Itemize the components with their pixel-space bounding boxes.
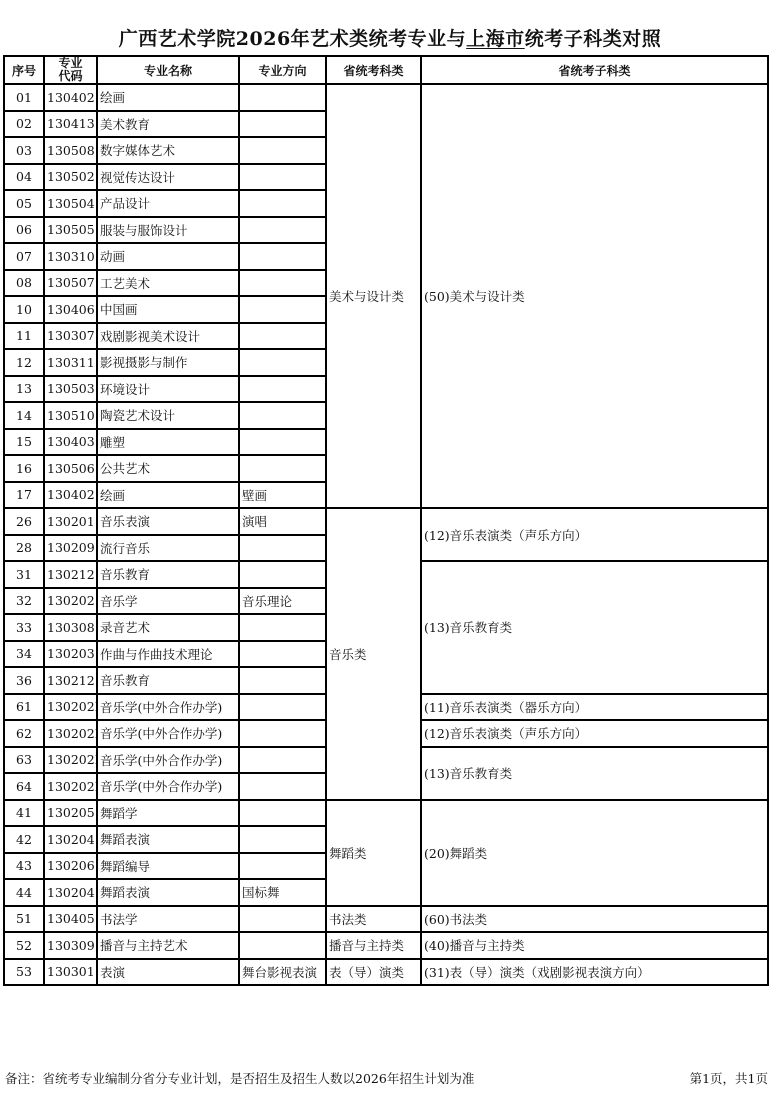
row-direction [239, 535, 326, 562]
sub-category-cell: (13)音乐教育类 [421, 561, 768, 694]
header-row: 序号 专业代码 专业名称 专业方向 省统考科类 省统考子科类 [4, 56, 768, 84]
footer-note: 备注：省统考专业编制分省分专业计划，是否招生及招生人数以2026年招生计划为准 [5, 1069, 474, 1087]
row-major-name: 视觉传达设计 [97, 164, 239, 191]
row-major-name: 舞蹈表演 [97, 826, 239, 853]
header-code: 专业代码 [44, 56, 97, 84]
header-seq: 序号 [4, 56, 44, 84]
row-major-name: 音乐教育 [97, 561, 239, 588]
row-code: 130504 [44, 190, 97, 217]
row-major-name: 录音艺术 [97, 614, 239, 641]
row-direction [239, 243, 326, 270]
row-code: 130310 [44, 243, 97, 270]
document-title: 广西艺术学院2026年艺术类统考专业与上海市统考子科类对照 [0, 24, 780, 51]
row-major-name: 数字媒体艺术 [97, 137, 239, 164]
row-direction [239, 773, 326, 800]
sub-category-cell: (50)美术与设计类 [421, 84, 768, 508]
row-seq: 36 [4, 667, 44, 694]
row-seq: 07 [4, 243, 44, 270]
title-prefix: 广西艺术学院2026年艺术类统考专业与 [119, 28, 466, 50]
row-direction [239, 323, 326, 350]
row-code: 130203 [44, 641, 97, 668]
row-major-name: 陶瓷艺术设计 [97, 402, 239, 429]
row-major-name: 书法学 [97, 906, 239, 933]
row-seq: 17 [4, 482, 44, 509]
sub-category-cell: (40)播音与主持类 [421, 932, 768, 959]
row-direction [239, 349, 326, 376]
table-body: 01130402绘画美术与设计类(50)美术与设计类02130413美术教育03… [4, 84, 768, 985]
row-direction [239, 614, 326, 641]
row-direction [239, 800, 326, 827]
row-seq: 31 [4, 561, 44, 588]
header-direction: 专业方向 [239, 56, 326, 84]
row-code: 130212 [44, 667, 97, 694]
row-direction [239, 932, 326, 959]
row-code: 130201 [44, 508, 97, 535]
province-category-cell: 舞蹈类 [326, 800, 421, 906]
row-seq: 63 [4, 747, 44, 774]
row-code: 130307 [44, 323, 97, 350]
header-code-line1: 专业 [58, 56, 82, 70]
row-direction [239, 111, 326, 138]
row-seq: 51 [4, 906, 44, 933]
row-major-name: 产品设计 [97, 190, 239, 217]
title-underlined-region: 上海市 [466, 28, 525, 50]
row-code: 130505 [44, 217, 97, 244]
sub-category-cell: (12)音乐表演类（声乐方向） [421, 508, 768, 561]
row-seq: 26 [4, 508, 44, 535]
row-major-name: 舞蹈编导 [97, 853, 239, 880]
row-major-name: 雕塑 [97, 429, 239, 456]
row-major-name: 音乐学(中外合作办学) [97, 694, 239, 721]
row-major-name: 舞蹈表演 [97, 879, 239, 906]
row-code: 130209 [44, 535, 97, 562]
row-major-name: 服装与服饰设计 [97, 217, 239, 244]
row-seq: 52 [4, 932, 44, 959]
row-code: 130205 [44, 800, 97, 827]
row-seq: 34 [4, 641, 44, 668]
row-direction: 国标舞 [239, 879, 326, 906]
province-category-cell: 音乐类 [326, 508, 421, 800]
row-seq: 06 [4, 217, 44, 244]
row-code: 130503 [44, 376, 97, 403]
table-row: 41130205舞蹈学舞蹈类(20)舞蹈类 [4, 800, 768, 827]
row-seq: 01 [4, 84, 44, 111]
row-code: 130202 [44, 588, 97, 615]
row-seq: 04 [4, 164, 44, 191]
row-code: 130311 [44, 349, 97, 376]
row-direction [239, 720, 326, 747]
table-row: 52130309播音与主持艺术播音与主持类(40)播音与主持类 [4, 932, 768, 959]
row-major-name: 音乐学 [97, 588, 239, 615]
province-category-cell: 表（导）演类 [326, 959, 421, 986]
row-direction [239, 561, 326, 588]
row-code: 130204 [44, 826, 97, 853]
header-name: 专业名称 [97, 56, 239, 84]
row-direction: 演唱 [239, 508, 326, 535]
row-direction: 音乐理论 [239, 588, 326, 615]
table-row: 26130201音乐表演演唱音乐类(12)音乐表演类（声乐方向） [4, 508, 768, 535]
row-seq: 05 [4, 190, 44, 217]
row-seq: 03 [4, 137, 44, 164]
sub-category-cell: (13)音乐教育类 [421, 747, 768, 800]
mapping-table: 序号 专业代码 专业名称 专业方向 省统考科类 省统考子科类 01130402绘… [3, 55, 769, 986]
row-seq: 44 [4, 879, 44, 906]
row-seq: 42 [4, 826, 44, 853]
row-major-name: 戏剧影视美术设计 [97, 323, 239, 350]
row-direction [239, 747, 326, 774]
province-category-cell: 书法类 [326, 906, 421, 933]
row-major-name: 美术教育 [97, 111, 239, 138]
row-major-name: 绘画 [97, 482, 239, 509]
row-direction [239, 164, 326, 191]
page-indicator: 第1页，共1页 [690, 1069, 768, 1087]
sub-category-cell: (31)表（导）演类（戏剧影视表演方向） [421, 959, 768, 986]
row-code: 130202H [44, 747, 97, 774]
row-code: 130502 [44, 164, 97, 191]
row-seq: 13 [4, 376, 44, 403]
row-code: 130202H [44, 773, 97, 800]
row-seq: 28 [4, 535, 44, 562]
row-direction [239, 906, 326, 933]
row-seq: 11 [4, 323, 44, 350]
sub-category-cell: (60)书法类 [421, 906, 768, 933]
row-direction [239, 190, 326, 217]
table-row: 01130402绘画美术与设计类(50)美术与设计类 [4, 84, 768, 111]
row-code: 130405 [44, 906, 97, 933]
row-seq: 02 [4, 111, 44, 138]
header-sub-category: 省统考子科类 [421, 56, 768, 84]
row-major-name: 环境设计 [97, 376, 239, 403]
row-direction [239, 826, 326, 853]
row-major-name: 公共艺术 [97, 455, 239, 482]
row-direction [239, 270, 326, 297]
row-direction [239, 217, 326, 244]
sub-category-cell: (20)舞蹈类 [421, 800, 768, 906]
row-seq: 12 [4, 349, 44, 376]
row-direction [239, 429, 326, 456]
row-direction [239, 296, 326, 323]
row-direction: 舞台影视表演 [239, 959, 326, 986]
table-row: 53130301表演舞台影视表演表（导）演类(31)表（导）演类（戏剧影视表演方… [4, 959, 768, 986]
row-code: 130308 [44, 614, 97, 641]
header-code-line2: 代码 [58, 69, 82, 83]
row-major-name: 影视摄影与制作 [97, 349, 239, 376]
row-major-name: 中国画 [97, 296, 239, 323]
row-seq: 33 [4, 614, 44, 641]
row-code: 130406 [44, 296, 97, 323]
row-code: 130507 [44, 270, 97, 297]
row-direction [239, 402, 326, 429]
row-major-name: 音乐学(中外合作办学) [97, 773, 239, 800]
row-code: 130206 [44, 853, 97, 880]
row-direction [239, 853, 326, 880]
row-code: 130510 [44, 402, 97, 429]
row-code: 130413 [44, 111, 97, 138]
row-major-name: 音乐学(中外合作办学) [97, 747, 239, 774]
row-seq: 15 [4, 429, 44, 456]
row-major-name: 流行音乐 [97, 535, 239, 562]
row-major-name: 动画 [97, 243, 239, 270]
row-major-name: 音乐学(中外合作办学) [97, 720, 239, 747]
row-seq: 08 [4, 270, 44, 297]
row-seq: 62 [4, 720, 44, 747]
row-major-name: 绘画 [97, 84, 239, 111]
row-direction [239, 84, 326, 111]
row-seq: 16 [4, 455, 44, 482]
row-code: 130508 [44, 137, 97, 164]
row-code: 130204 [44, 879, 97, 906]
row-seq: 32 [4, 588, 44, 615]
row-seq: 43 [4, 853, 44, 880]
row-code: 130402 [44, 84, 97, 111]
row-direction [239, 667, 326, 694]
province-category-cell: 美术与设计类 [326, 84, 421, 508]
row-code: 130202H [44, 694, 97, 721]
row-seq: 10 [4, 296, 44, 323]
row-direction [239, 694, 326, 721]
row-direction [239, 137, 326, 164]
row-code: 130506 [44, 455, 97, 482]
row-major-name: 音乐表演 [97, 508, 239, 535]
title-suffix: 统考子科类对照 [525, 28, 662, 50]
row-code: 130403 [44, 429, 97, 456]
row-seq: 41 [4, 800, 44, 827]
row-direction [239, 455, 326, 482]
sub-category-cell: (11)音乐表演类（器乐方向） [421, 694, 768, 721]
row-code: 130309 [44, 932, 97, 959]
row-major-name: 工艺美术 [97, 270, 239, 297]
row-code: 130402 [44, 482, 97, 509]
header-province-category: 省统考科类 [326, 56, 421, 84]
row-seq: 53 [4, 959, 44, 986]
row-major-name: 播音与主持艺术 [97, 932, 239, 959]
row-direction [239, 376, 326, 403]
row-major-name: 作曲与作曲技术理论 [97, 641, 239, 668]
province-category-cell: 播音与主持类 [326, 932, 421, 959]
row-major-name: 舞蹈学 [97, 800, 239, 827]
row-major-name: 表演 [97, 959, 239, 986]
table-row: 51130405书法学书法类(60)书法类 [4, 906, 768, 933]
row-direction [239, 641, 326, 668]
sub-category-cell: (12)音乐表演类（声乐方向） [421, 720, 768, 747]
row-code: 130301 [44, 959, 97, 986]
row-direction: 壁画 [239, 482, 326, 509]
row-seq: 64 [4, 773, 44, 800]
row-seq: 61 [4, 694, 44, 721]
row-code: 130212 [44, 561, 97, 588]
row-major-name: 音乐教育 [97, 667, 239, 694]
row-code: 130202H [44, 720, 97, 747]
row-seq: 14 [4, 402, 44, 429]
